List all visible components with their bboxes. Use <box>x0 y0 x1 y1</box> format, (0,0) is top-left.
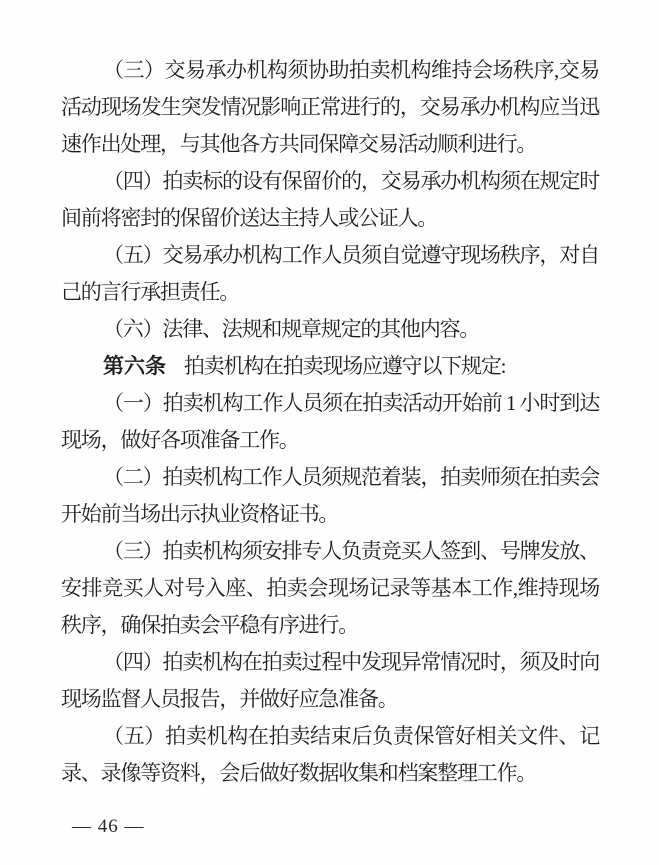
document-page: （三）交易承办机构须协助拍卖机构维持会场秩序,交易活动现场发生突发情况影响正常进… <box>0 0 659 865</box>
clause-item-1: （一）拍卖机构工作人员须在拍卖活动开始前 1 小时到达现场，做好各项准备工作。 <box>61 385 599 459</box>
clause-item-5: （五）交易承办机构工作人员须自觉遵守现场秩序，对自己的言行承担责任。 <box>61 237 599 311</box>
clause-item-5b: （五）拍卖机构在拍卖结束后负责保管好相关文件、记录、录像等资料，会后做好数据收集… <box>61 718 599 792</box>
article-heading-text: 拍卖机构在拍卖现场应遵守以下规定: <box>184 354 505 378</box>
page-number: — 46 — <box>72 816 145 838</box>
document-body: （三）交易承办机构须协助拍卖机构维持会场秩序,交易活动现场发生突发情况影响正常进… <box>61 52 599 792</box>
clause-item-2: （二）拍卖机构工作人员须规范着装，拍卖师须在拍卖会开始前当场出示执业资格证书。 <box>61 459 599 533</box>
article-heading: 第六条拍卖机构在拍卖现场应遵守以下规定: <box>61 348 599 385</box>
clause-item-6: （六）法律、法规和规章规定的其他内容。 <box>61 311 599 348</box>
clause-item-3: （三）交易承办机构须协助拍卖机构维持会场秩序,交易活动现场发生突发情况影响正常进… <box>61 52 599 163</box>
article-number: 第六条 <box>103 355 166 378</box>
clause-item-4: （四）拍卖标的设有保留价的，交易承办机构须在规定时间前将密封的保留价送达主持人或… <box>61 163 599 237</box>
clause-item-3b: （三）拍卖机构须安排专人负责竞买人签到、号牌发放、安排竞买人对号入座、拍卖会现场… <box>61 533 599 644</box>
clause-item-4b: （四）拍卖机构在拍卖过程中发现异常情况时，须及时向现场监督人员报告，并做好应急准… <box>61 644 599 718</box>
